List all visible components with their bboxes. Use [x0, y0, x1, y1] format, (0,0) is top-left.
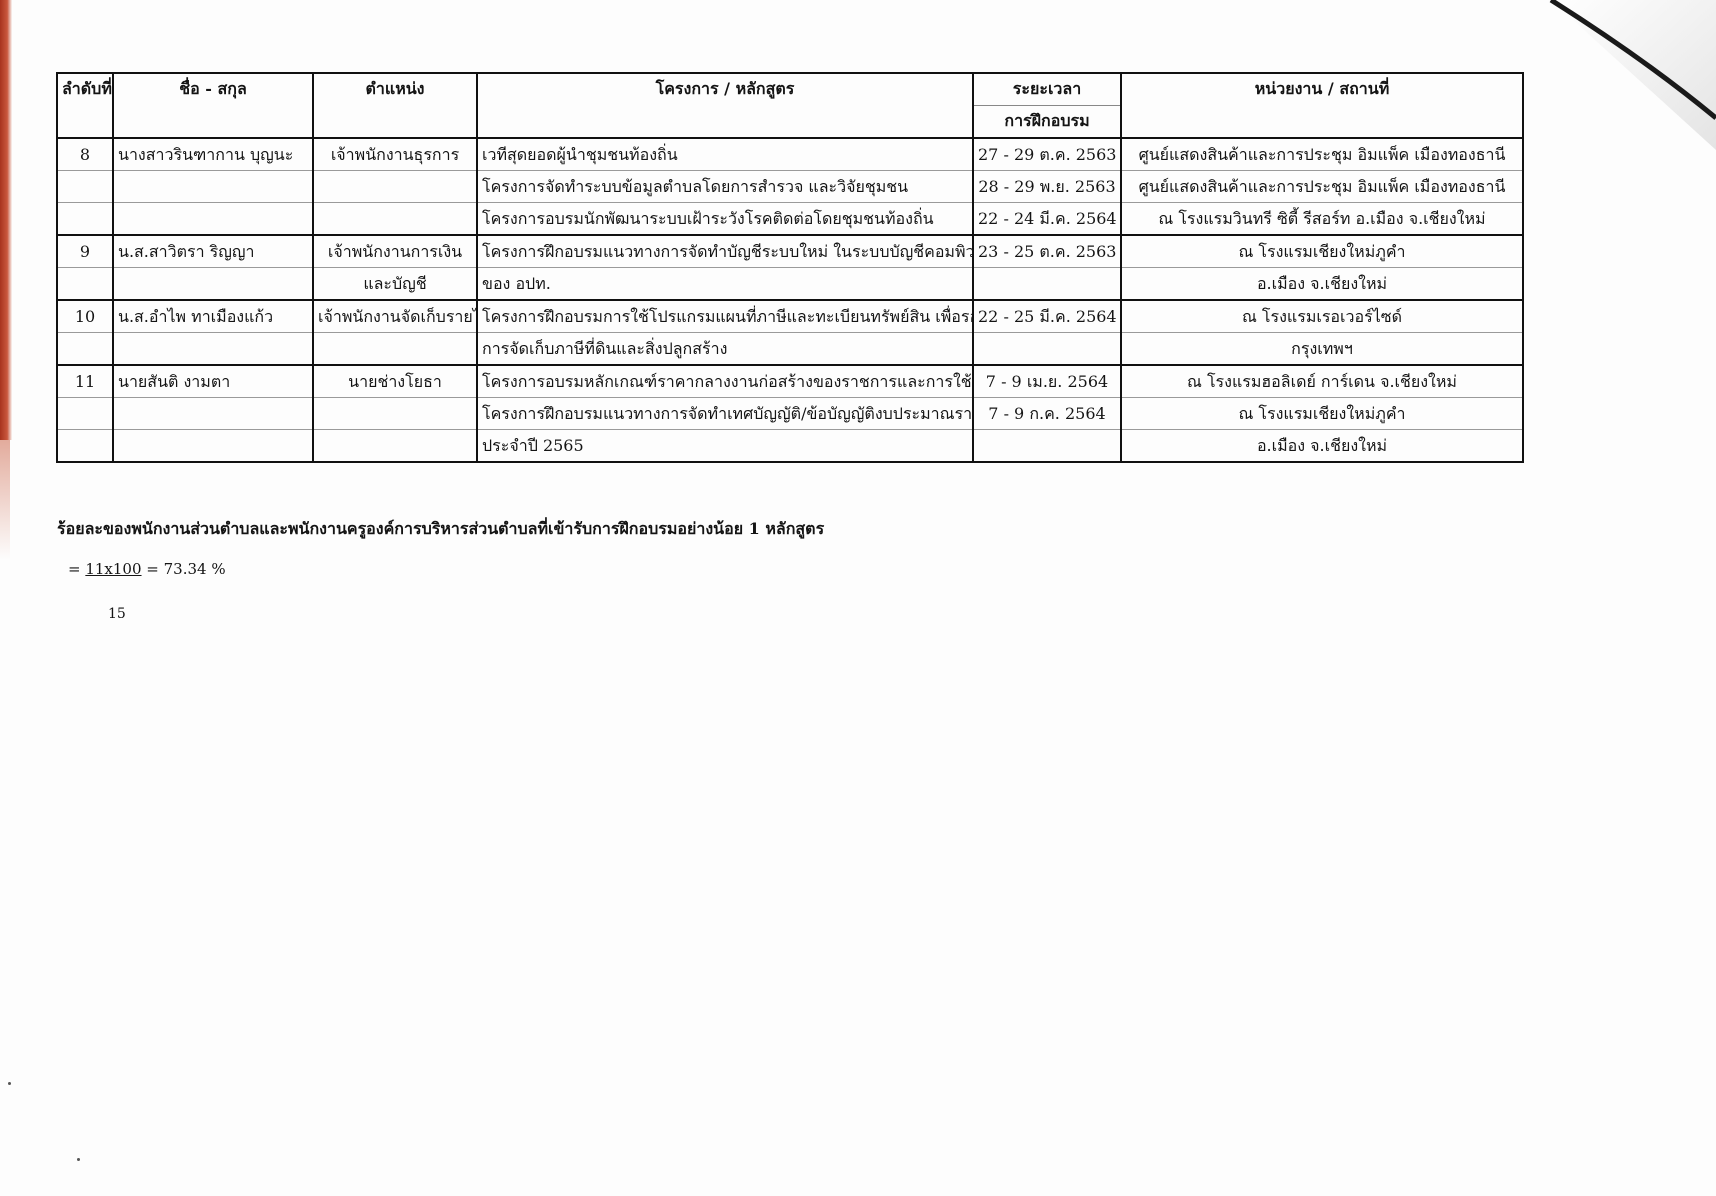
- cell-no: 11: [57, 365, 113, 398]
- cell-no: [57, 398, 113, 430]
- cell-duration: [973, 268, 1121, 301]
- cell-duration: 22 - 24 มี.ค. 2564: [973, 203, 1121, 236]
- percentage-formula: = 11x100 = 73.34 %: [68, 560, 226, 578]
- cell-no: [57, 268, 113, 301]
- cell-position: เจ้าพนักงานการเงิน: [313, 235, 477, 268]
- cell-no: 10: [57, 300, 113, 333]
- cell-location: อ.เมือง จ.เชียงใหม่: [1121, 268, 1523, 301]
- cell-location: อ.เมือง จ.เชียงใหม่: [1121, 430, 1523, 463]
- cell-project: โครงการฝึกอบรมการใช้โปรแกรมแผนที่ภาษีและ…: [477, 300, 973, 333]
- cell-name: นางสาวรินฑากาน บุญนะ: [113, 138, 313, 171]
- header-row: ลำดับที่ ชื่อ - สกุล ตำแหน่ง โครงการ / ห…: [57, 73, 1523, 106]
- summary-text: ร้อยละของพนักงานส่วนตำบลและพนักงานครูองค…: [57, 517, 824, 542]
- scan-edge-fade: [0, 440, 10, 560]
- table-row: 9น.ส.สาวิตรา ริญญาเจ้าพนักงานการเงินโครง…: [57, 235, 1523, 268]
- cell-duration: [973, 333, 1121, 366]
- cell-location: ณ โรงแรมเชียงใหม่ภูคำ: [1121, 235, 1523, 268]
- table-row: ประจำปี 2565อ.เมือง จ.เชียงใหม่: [57, 430, 1523, 463]
- cell-project: โครงการอบรมนักพัฒนาระบบเฝ้าระวังโรคติดต่…: [477, 203, 973, 236]
- cell-duration: [973, 430, 1121, 463]
- header-no: ลำดับที่: [57, 73, 113, 138]
- cell-project: โครงการอบรมหลักเกณฑ์ราคากลางงานก่อสร้างข…: [477, 365, 973, 398]
- cell-duration: 28 - 29 พ.ย. 2563: [973, 171, 1121, 203]
- table-row: 8นางสาวรินฑากาน บุญนะเจ้าพนักงานธุรการเว…: [57, 138, 1523, 171]
- cell-duration: 23 - 25 ต.ค. 2563: [973, 235, 1121, 268]
- cell-name: นายสันติ งามตา: [113, 365, 313, 398]
- cell-location: ณ โรงแรมเรอเวอร์ไซด์: [1121, 300, 1523, 333]
- table-row: โครงการฝึกอบรมแนวทางการจัดทำเทศบัญญัติ/ข…: [57, 398, 1523, 430]
- header-location: หน่วยงาน / สถานที่: [1121, 73, 1523, 138]
- cell-location: ณ โรงแรมวินทรี ซิตี้ รีสอร์ท อ.เมือง จ.เ…: [1121, 203, 1523, 236]
- cell-no: [57, 203, 113, 236]
- header-position: ตำแหน่ง: [313, 73, 477, 138]
- cell-duration: 7 - 9 เม.ย. 2564: [973, 365, 1121, 398]
- cell-no: [57, 333, 113, 366]
- cell-name: [113, 268, 313, 301]
- header-duration-line2: การฝึกอบรม: [973, 106, 1121, 139]
- table-row: และบัญชีของ อปท.อ.เมือง จ.เชียงใหม่: [57, 268, 1523, 301]
- formula-result: = 73.34 %: [142, 560, 226, 578]
- formula-denominator: 15: [108, 606, 126, 622]
- cell-project: โครงการฝึกอบรมแนวทางการจัดทำบัญชีระบบใหม…: [477, 235, 973, 268]
- cell-position: [313, 430, 477, 463]
- cell-duration: 27 - 29 ต.ค. 2563: [973, 138, 1121, 171]
- cell-project: ประจำปี 2565: [477, 430, 973, 463]
- cell-no: 9: [57, 235, 113, 268]
- cell-project: โครงการฝึกอบรมแนวทางการจัดทำเทศบัญญัติ/ข…: [477, 398, 973, 430]
- cell-name: [113, 398, 313, 430]
- header-duration-line1: ระยะเวลา: [973, 73, 1121, 106]
- cell-name: [113, 430, 313, 463]
- table-row: 11นายสันติ งามตานายช่างโยธาโครงการอบรมหล…: [57, 365, 1523, 398]
- table-row: 10น.ส.อำไพ ทาเมืองแก้วเจ้าพนักงานจัดเก็บ…: [57, 300, 1523, 333]
- cell-duration: 22 - 25 มี.ค. 2564: [973, 300, 1121, 333]
- cell-duration: 7 - 9 ก.ค. 2564: [973, 398, 1121, 430]
- cell-position: [313, 398, 477, 430]
- cell-no: [57, 430, 113, 463]
- cell-position: เจ้าพนักงานธุรการ: [313, 138, 477, 171]
- cell-position: เจ้าพนักงานจัดเก็บรายได้: [313, 300, 477, 333]
- training-table: ลำดับที่ ชื่อ - สกุล ตำแหน่ง โครงการ / ห…: [56, 72, 1524, 463]
- cell-project: โครงการจัดทำระบบข้อมูลตำบลโดยการสำรวจ แล…: [477, 171, 973, 203]
- scan-speck: [8, 1082, 11, 1085]
- cell-location: ศูนย์แสดงสินค้าและการประชุม อิมแพ็ค เมือ…: [1121, 171, 1523, 203]
- scan-speck: [77, 1158, 80, 1161]
- cell-position: [313, 171, 477, 203]
- cell-position: [313, 203, 477, 236]
- cell-project: การจัดเก็บภาษีที่ดินและสิ่งปลูกสร้าง: [477, 333, 973, 366]
- cell-location: ณ โรงแรมเชียงใหม่ภูคำ: [1121, 398, 1523, 430]
- formula-prefix: =: [68, 560, 85, 578]
- cell-position: [313, 333, 477, 366]
- table-row: โครงการจัดทำระบบข้อมูลตำบลโดยการสำรวจ แล…: [57, 171, 1523, 203]
- cell-name: น.ส.สาวิตรา ริญญา: [113, 235, 313, 268]
- cell-position: และบัญชี: [313, 268, 477, 301]
- formula-numerator: 11x100: [85, 560, 141, 578]
- cell-name: [113, 171, 313, 203]
- cell-position: นายช่างโยธา: [313, 365, 477, 398]
- cell-name: [113, 333, 313, 366]
- cell-name: [113, 203, 313, 236]
- cell-location: ณ โรงแรมฮอลิเดย์ การ์เดน จ.เชียงใหม่: [1121, 365, 1523, 398]
- scan-edge-shadow: [0, 0, 12, 440]
- cell-project: เวทีสุดยอดผู้นำชุมชนท้องถิ่น: [477, 138, 973, 171]
- header-project: โครงการ / หลักสูตร: [477, 73, 973, 138]
- cell-no: 8: [57, 138, 113, 171]
- cell-name: น.ส.อำไพ ทาเมืองแก้ว: [113, 300, 313, 333]
- cell-location: ศูนย์แสดงสินค้าและการประชุม อิมแพ็ค เมือ…: [1121, 138, 1523, 171]
- cell-location: กรุงเทพฯ: [1121, 333, 1523, 366]
- table-row: การจัดเก็บภาษีที่ดินและสิ่งปลูกสร้างกรุง…: [57, 333, 1523, 366]
- header-name: ชื่อ - สกุล: [113, 73, 313, 138]
- table-row: โครงการอบรมนักพัฒนาระบบเฝ้าระวังโรคติดต่…: [57, 203, 1523, 236]
- cell-project: ของ อปท.: [477, 268, 973, 301]
- cell-no: [57, 171, 113, 203]
